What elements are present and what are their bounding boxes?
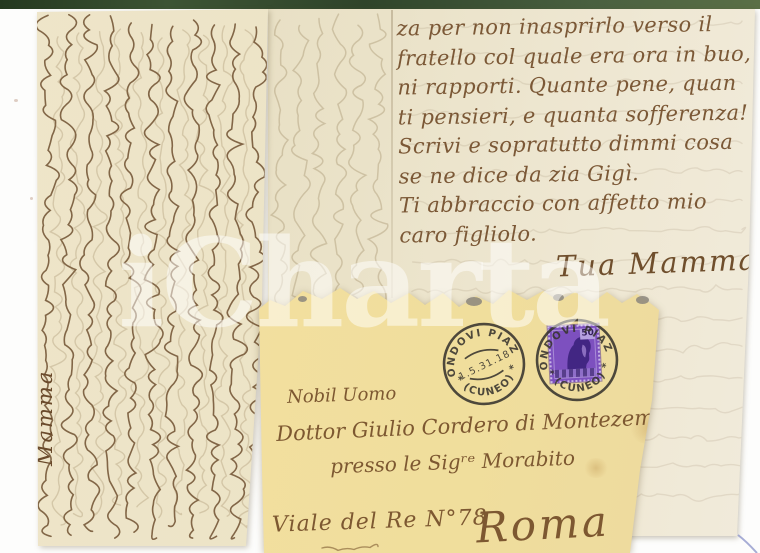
- envelope: Nobil Uomo Dottor Giulio Cordero di Mont…: [0, 0, 760, 553]
- tear-shadow: [553, 294, 564, 301]
- postmark-cancellation: MONDOVI PIAZZA * (CUNEO) *: [515, 298, 639, 422]
- address-honorific: Nobil Uomo: [287, 383, 397, 408]
- tear-shadow: [466, 297, 482, 306]
- tear-shadow: [636, 296, 649, 304]
- address-city: Roma: [475, 497, 611, 553]
- scanned-correspondence-photo: za per non inasprirlo verso il fratello …: [0, 0, 760, 553]
- envelope-wrap: Nobil Uomo Dottor Giulio Cordero di Mont…: [0, 0, 760, 553]
- tear-shadow: [298, 296, 307, 302]
